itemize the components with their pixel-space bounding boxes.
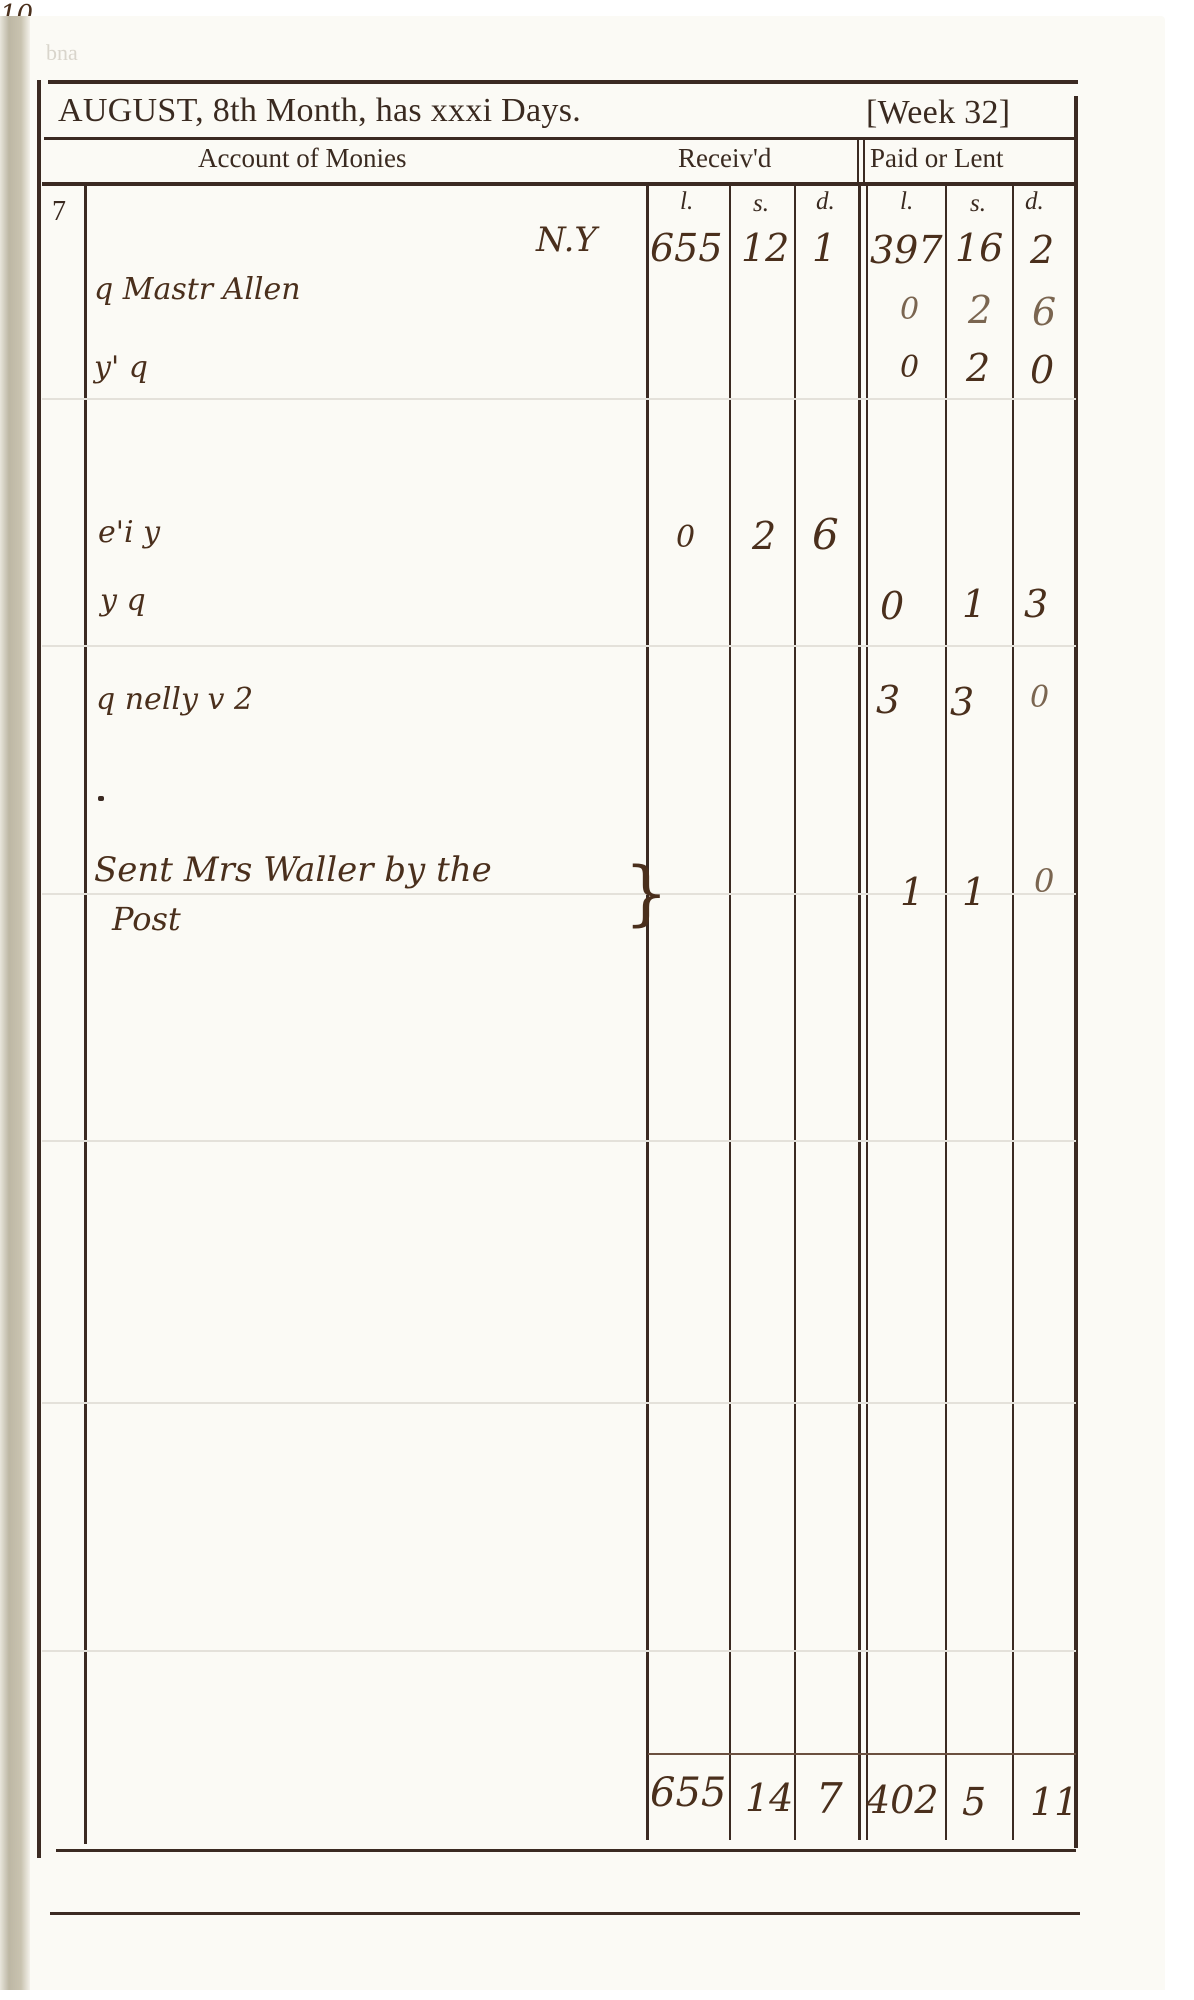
received-unit-d: d.: [816, 188, 835, 216]
total-paid-s: 5: [962, 1780, 986, 1824]
brace-mark: }: [624, 858, 669, 928]
column-header-paid: Paid or Lent: [870, 143, 1003, 174]
faint-rule: [42, 645, 1076, 647]
received-l: 0: [676, 520, 695, 555]
paid-unit-d: d.: [1025, 188, 1044, 216]
column-header-account: Account of Monies: [198, 143, 406, 174]
sum-rule: [648, 1753, 1076, 1755]
entry-description: q nelly v 2: [96, 682, 253, 717]
frame-left-border: [37, 80, 41, 1858]
ink-dot: [98, 796, 104, 801]
header-double-rule-b: [863, 140, 865, 184]
received-s: 12: [741, 226, 789, 270]
frame-top-rule: [48, 80, 1078, 84]
paid-d: 0: [1030, 680, 1049, 715]
bleed-through-text: bna: [46, 40, 78, 66]
entry-note: N.Y: [536, 220, 597, 260]
column-header-received: Receiv'd: [678, 143, 771, 174]
entry-description: q Mastr Allen: [94, 272, 301, 307]
paid-l: 0: [900, 350, 919, 385]
faint-rule: [42, 1140, 1076, 1142]
total-received-d: 7: [816, 1774, 843, 1823]
faint-rule: [42, 1650, 1076, 1652]
paid-s: 2: [968, 288, 992, 332]
header-double-rule-a: [857, 140, 859, 184]
paid-s-d-divider: [1012, 186, 1014, 1840]
double-rule-b: [866, 186, 868, 1840]
faint-rule: [42, 398, 1076, 400]
paid-s: 16: [955, 226, 1003, 270]
received-s: 2: [752, 514, 776, 558]
paid-unit-s: s.: [970, 190, 986, 218]
received-left-border: [646, 186, 649, 1840]
paid-l: 0: [880, 584, 904, 628]
book-binding-shadow: [0, 16, 30, 1990]
received-l: 655: [650, 226, 723, 270]
received-unit-s: s.: [753, 190, 769, 218]
received-unit-l: l.: [680, 188, 693, 216]
paid-d: 6: [1032, 290, 1056, 334]
paid-l: 397: [870, 228, 943, 272]
total-received-l: 655: [650, 1770, 726, 1816]
column-header-rule: [42, 182, 1076, 186]
paid-d: 3: [1024, 582, 1048, 626]
paid-l: 1: [900, 870, 924, 914]
week-label: [Week 32]: [866, 94, 1010, 132]
paid-s: 1: [962, 870, 986, 914]
total-received-s: 14: [745, 1776, 793, 1820]
entry-description: y q: [100, 583, 146, 618]
date-column-divider: [84, 184, 87, 1844]
paid-d: 2: [1030, 228, 1054, 272]
page-title: AUGUST, 8th Month, has xxxi Days.: [58, 92, 581, 130]
paid-l: 0: [900, 292, 919, 327]
entry-description: Sent Mrs Waller by the: [94, 850, 492, 890]
double-rule-a: [858, 186, 861, 1840]
frame-right-border: [1074, 96, 1078, 1848]
paid-d: 0: [1034, 862, 1054, 900]
received-d: 1: [812, 226, 836, 270]
paid-l: 3: [876, 678, 900, 722]
paid-s: 3: [950, 680, 974, 724]
paid-s: 1: [962, 582, 986, 626]
entry-description: e'i y: [98, 515, 160, 550]
entry-date: 7: [52, 196, 66, 228]
paid-d: 0: [1030, 348, 1054, 392]
bottom-rule-upper: [56, 1849, 1076, 1852]
paid-s: 2: [966, 346, 990, 390]
paid-unit-l: l.: [900, 188, 913, 216]
faint-rule: [42, 1402, 1076, 1404]
received-l-s-divider: [729, 186, 731, 1840]
entry-description-line2: Post: [112, 900, 181, 938]
received-d: 6: [812, 510, 839, 559]
received-s-d-divider: [794, 186, 796, 1840]
bottom-rule-lower: [50, 1912, 1080, 1915]
title-rule: [44, 137, 1074, 140]
paid-l-s-divider: [945, 186, 947, 1840]
entry-description: y' q: [94, 350, 148, 385]
total-paid-l: 402: [866, 1778, 939, 1822]
total-paid-d: 11: [1030, 1780, 1078, 1824]
